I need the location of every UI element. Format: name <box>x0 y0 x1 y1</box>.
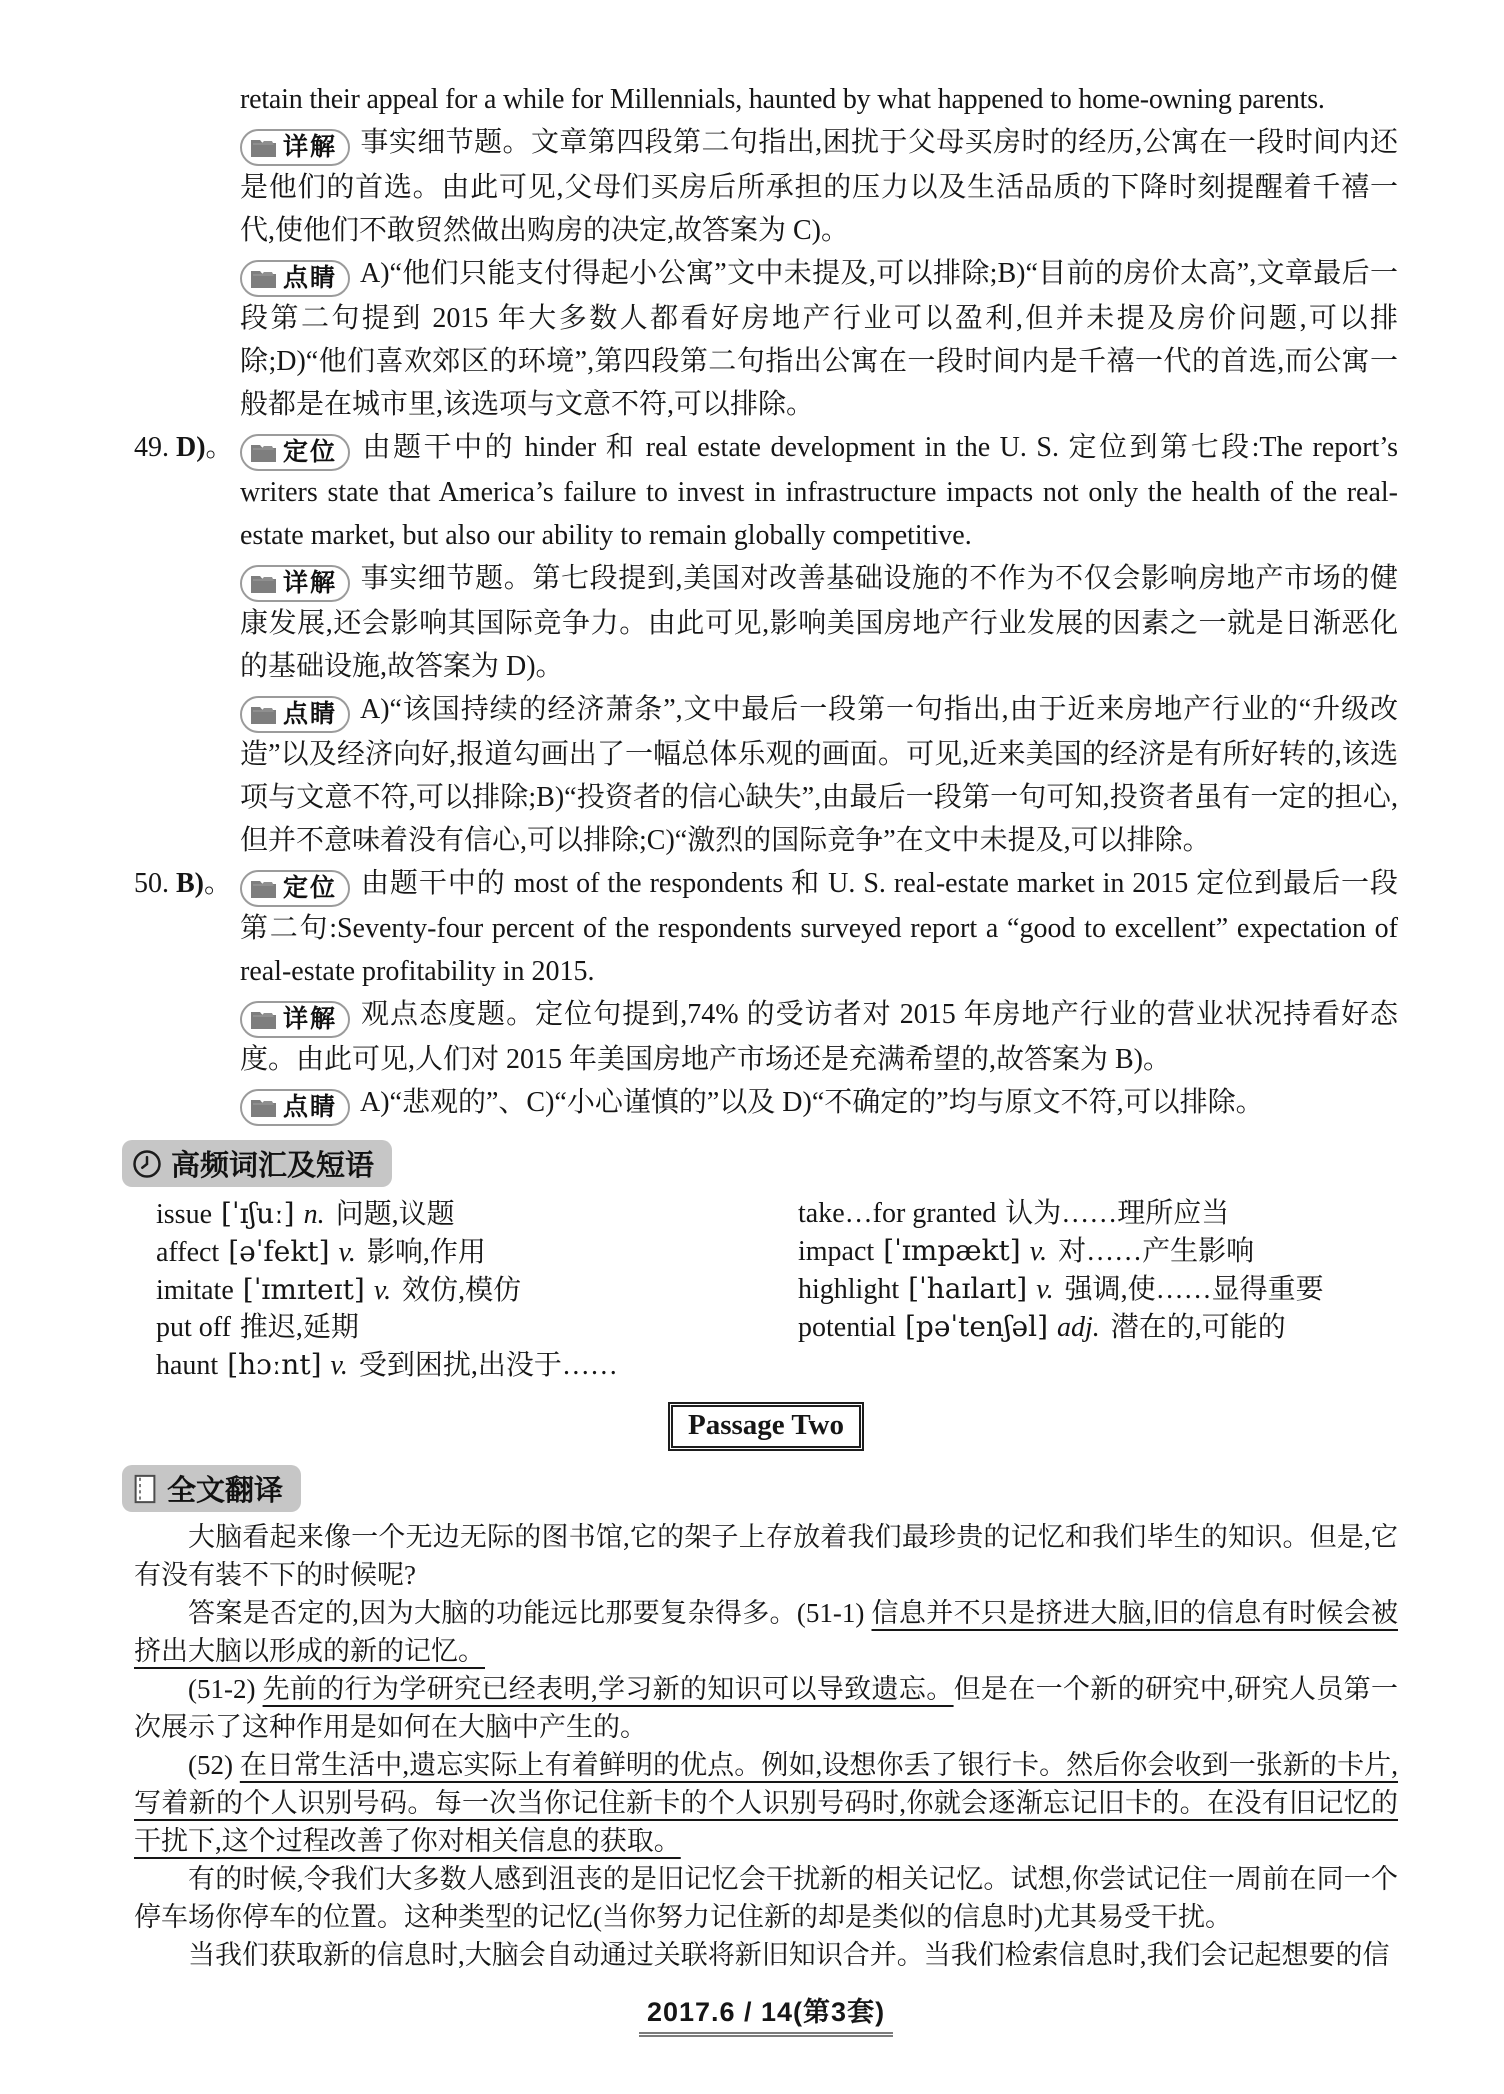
vocab-ipa: [ˈɪmɪteɪt] <box>243 1273 365 1306</box>
vocab-pos: n. <box>304 1199 325 1230</box>
tip-tag: 点睛 <box>240 260 350 297</box>
translation-title: 全文翻译 <box>167 1468 283 1509</box>
vocab-ipa: [ˈɪmpækt] <box>883 1234 1021 1267</box>
translation-title-tag: 全文翻译 <box>122 1465 301 1512</box>
vocab-title: 高频词汇及短语 <box>171 1143 374 1184</box>
question-index: 50. <box>134 868 169 899</box>
vocab-meaning: 潜在的,可能的 <box>1111 1312 1286 1343</box>
passage-heading-row: Passage Two <box>134 1402 1398 1451</box>
plain-text: (52) <box>188 1750 240 1780</box>
page-footer-row: 2017.6 / 14(第3套) <box>134 1990 1398 2037</box>
vocab-term: haunt <box>156 1350 218 1381</box>
vocab-ipa: [əˈfekt] <box>228 1235 329 1268</box>
folder-icon <box>250 704 277 725</box>
vocab-term: issue <box>156 1199 212 1230</box>
vocab-ipa: [ˈɪʃuː] <box>221 1197 295 1230</box>
locate-tag-label: 定位 <box>283 440 337 465</box>
vocab-section-header: 高频词汇及短语 <box>122 1140 1398 1187</box>
translation-paragraph: 大脑看起来像一个无边无际的图书馆,它的架子上存放着我们最珍贵的记忆和我们毕生的知… <box>134 1518 1398 1594</box>
vocab-term: highlight <box>798 1274 899 1305</box>
vocab-entry: take…for granted认为……理所应当 <box>798 1195 1398 1232</box>
question-number: 49. D)。 <box>134 426 234 469</box>
q49-tip-paragraph: 点睛A)“该国持续的经济萧条”,文中最后一段第一句指出,由于近来房地产行业的“升… <box>240 688 1398 862</box>
vocab-term: impact <box>798 1236 874 1267</box>
question-index: 49. <box>134 432 169 463</box>
folder-icon <box>250 268 277 289</box>
question-48-block: retain their appeal for a while for Mill… <box>134 78 1398 426</box>
translation-section-header: 全文翻译 <box>122 1465 1398 1512</box>
detail-tag: 详解 <box>240 1001 350 1038</box>
q49-detail-text: 事实细节题。第七段提到,美国对改善基础设施的不作为不仅会影响房地产市场的健康发展… <box>240 563 1398 682</box>
q50-tip-paragraph: 点睛A)“悲观的”、C)“小心谨慎的”以及 D)“不确定的”均与原文不符,可以排… <box>240 1081 1398 1126</box>
vocab-pos: v. <box>331 1350 348 1381</box>
vocab-column-left: issue[ˈɪʃuː]n.问题,议题affect[əˈfekt]v.影响,作用… <box>134 1195 766 1384</box>
vocab-meaning: 认为……理所应当 <box>1005 1198 1229 1229</box>
vocab-term: imitate <box>156 1275 234 1306</box>
vocab-list: issue[ˈɪʃuː]n.问题,议题affect[əˈfekt]v.影响,作用… <box>134 1195 1398 1384</box>
translation-paragraph: 有的时候,令我们大多数人感到沮丧的是旧记忆会干扰新的相关记忆。试想,你尝试记住一… <box>134 1860 1398 1936</box>
vocab-entry: impact[ˈɪmpækt]v.对……产生影响 <box>798 1232 1398 1270</box>
answer-punct: 。 <box>206 432 234 463</box>
vocab-pos: v. <box>339 1237 356 1268</box>
locate-tag: 定位 <box>240 434 350 471</box>
translation-paragraph: 当我们获取新的信息时,大脑会自动通过关联将新旧知识合并。当我们检索信息时,我们会… <box>134 1936 1398 1974</box>
answer-punct: 。 <box>204 868 232 899</box>
tip-tag-label: 点睛 <box>283 1095 337 1120</box>
book-page: retain their appeal for a while for Mill… <box>0 0 1504 2037</box>
vocab-pos: v. <box>1036 1274 1053 1305</box>
question-number: 50. B)。 <box>134 862 232 905</box>
translation-paragraph: (52) 在日常生活中,遗忘实际上有着鲜明的优点。例如,设想你丢了银行卡。然后你… <box>134 1746 1398 1860</box>
vocab-entry: issue[ˈɪʃuː]n.问题,议题 <box>156 1195 766 1233</box>
detail-tag: 详解 <box>240 129 350 166</box>
vocab-pos: adj. <box>1057 1312 1100 1343</box>
vocab-meaning: 影响,作用 <box>367 1237 486 1268</box>
tip-tag-label: 点睛 <box>283 266 337 291</box>
detail-tag-label: 详解 <box>283 1007 337 1032</box>
vocab-meaning: 推迟,延期 <box>240 1312 359 1343</box>
vocab-ipa: [hɔːnt] <box>227 1348 321 1381</box>
vocab-term: potential <box>798 1312 896 1343</box>
answer-letter: D) <box>176 432 206 463</box>
plain-text: 有的时候,令我们大多数人感到沮丧的是旧记忆会干扰新的相关记忆。试想,你尝试记住一… <box>134 1864 1398 1932</box>
vocab-title-tag: 高频词汇及短语 <box>122 1140 392 1187</box>
vocab-pos: v. <box>1030 1236 1047 1267</box>
vocab-term: affect <box>156 1237 219 1268</box>
q48-detail-paragraph: 详解事实细节题。文章第四段第二句指出,困扰于父母买房时的经历,公寓在一段时间内还… <box>240 121 1398 252</box>
vocab-meaning: 问题,议题 <box>336 1199 455 1230</box>
vocab-meaning: 效仿,模仿 <box>402 1275 521 1306</box>
vocab-entry: imitate[ˈɪmɪteɪt]v.效仿,模仿 <box>156 1271 766 1309</box>
plain-text: 答案是否定的,因为大脑的功能远比那要复杂得多。(51-1) <box>188 1598 872 1628</box>
vocab-term: take…for granted <box>798 1198 996 1229</box>
q48-tip-text: A)“他们只能支付得起小公寓”文中未提及,可以排除;B)“目前的房价太高”,文章… <box>240 258 1398 420</box>
q48-locate-quote-tail: retain their appeal for a while for Mill… <box>240 78 1398 121</box>
plain-text: 大脑看起来像一个无边无际的图书馆,它的架子上存放着我们最珍贵的记忆和我们毕生的知… <box>134 1522 1398 1590</box>
page-footer: 2017.6 / 14(第3套) <box>639 1990 893 2037</box>
locate-tag: 定位 <box>240 870 350 907</box>
page-icon <box>132 1474 158 1504</box>
vocab-ipa: [ˈhaɪlaɪt] <box>908 1272 1027 1305</box>
q49-detail-paragraph: 详解事实细节题。第七段提到,美国对改善基础设施的不作为不仅会影响房地产市场的健康… <box>240 557 1398 688</box>
detail-tag-label: 详解 <box>283 571 337 596</box>
vocab-entry: affect[əˈfekt]v.影响,作用 <box>156 1233 766 1271</box>
plain-text: 当我们获取新的信息时,大脑会自动通过关联将新旧知识合并。当我们检索信息时,我们会… <box>188 1940 1390 1970</box>
vocab-term: put off <box>156 1312 231 1343</box>
folder-icon <box>250 878 277 899</box>
locate-tag-label: 定位 <box>283 876 337 901</box>
underlined-key-sentence: 先前的行为学研究已经表明,学习新的知识可以导致遗忘。 <box>263 1674 954 1704</box>
folder-icon <box>250 1097 277 1118</box>
q48-tip-paragraph: 点睛A)“他们只能支付得起小公寓”文中未提及,可以排除;B)“目前的房价太高”,… <box>240 252 1398 426</box>
vocab-column-right: take…for granted认为……理所应当impact[ˈɪmpækt]v… <box>766 1195 1398 1384</box>
translation-paragraph: (51-2) 先前的行为学研究已经表明,学习新的知识可以导致遗忘。但是在一个新的… <box>134 1670 1398 1746</box>
q50-detail-text: 观点态度题。定位句提到,74% 的受访者对 2015 年房地产行业的营业状况持看… <box>240 999 1398 1075</box>
q50-detail-paragraph: 详解观点态度题。定位句提到,74% 的受访者对 2015 年房地产行业的营业状况… <box>240 993 1398 1081</box>
question-49-block: 49. D)。定位由题干中的 hinder 和 real estate deve… <box>134 426 1398 862</box>
answer-letter: B) <box>176 868 204 899</box>
vocab-meaning: 对……产生影响 <box>1058 1236 1254 1267</box>
q50-locate-text: 由题干中的 most of the respondents 和 U. S. re… <box>240 868 1398 987</box>
q49-locate-paragraph: 49. D)。定位由题干中的 hinder 和 real estate deve… <box>240 426 1398 557</box>
folder-icon <box>250 1009 277 1030</box>
vocab-entry: potential[pəˈtenʃəl]adj.潜在的,可能的 <box>798 1308 1398 1346</box>
vocab-meaning: 受到困扰,出没于…… <box>359 1350 618 1381</box>
tip-tag-label: 点睛 <box>283 702 337 727</box>
detail-tag: 详解 <box>240 565 350 602</box>
folder-icon <box>250 137 277 158</box>
passage-two-heading: Passage Two <box>668 1402 864 1451</box>
plain-text: (51-2) <box>188 1674 263 1704</box>
translation-paragraph: 答案是否定的,因为大脑的功能远比那要复杂得多。(51-1) 信息并不只是挤进大脑… <box>134 1594 1398 1670</box>
detail-tag-label: 详解 <box>283 135 337 160</box>
q48-detail-text: 事实细节题。文章第四段第二句指出,困扰于父母买房时的经历,公寓在一段时间内还是他… <box>240 127 1398 246</box>
translation-body: 大脑看起来像一个无边无际的图书馆,它的架子上存放着我们最珍贵的记忆和我们毕生的知… <box>134 1518 1398 1974</box>
answers-section: retain their appeal for a while for Mill… <box>134 78 1398 1126</box>
q50-locate-paragraph: 50. B)。定位由题干中的 most of the respondents 和… <box>240 862 1398 993</box>
folder-icon <box>250 442 277 463</box>
vocab-meaning: 强调,使……显得重要 <box>1065 1274 1324 1305</box>
tip-tag: 点睛 <box>240 1089 350 1126</box>
folder-icon <box>250 573 277 594</box>
underlined-key-sentence: 在日常生活中,遗忘实际上有着鲜明的优点。例如,设想你丢了银行卡。然后你会收到一张… <box>134 1750 1398 1856</box>
vocab-pos: v. <box>374 1275 391 1306</box>
vocab-ipa: [pəˈtenʃəl] <box>905 1310 1048 1343</box>
vocab-entry: haunt[hɔːnt]v.受到困扰,出没于…… <box>156 1346 766 1384</box>
q49-tip-text: A)“该国持续的经济萧条”,文中最后一段第一句指出,由于近来房地产行业的“升级改… <box>240 694 1398 856</box>
question-50-block: 50. B)。定位由题干中的 most of the respondents 和… <box>134 862 1398 1126</box>
vocab-entry: highlight[ˈhaɪlaɪt]v.强调,使……显得重要 <box>798 1270 1398 1308</box>
tip-tag: 点睛 <box>240 696 350 733</box>
q50-tip-text: A)“悲观的”、C)“小心谨慎的”以及 D)“不确定的”均与原文不符,可以排除。 <box>360 1087 1264 1118</box>
q49-locate-text: 由题干中的 hinder 和 real estate development i… <box>240 432 1398 551</box>
clock-icon <box>132 1149 162 1179</box>
vocab-entry: put off推迟,延期 <box>156 1309 766 1346</box>
